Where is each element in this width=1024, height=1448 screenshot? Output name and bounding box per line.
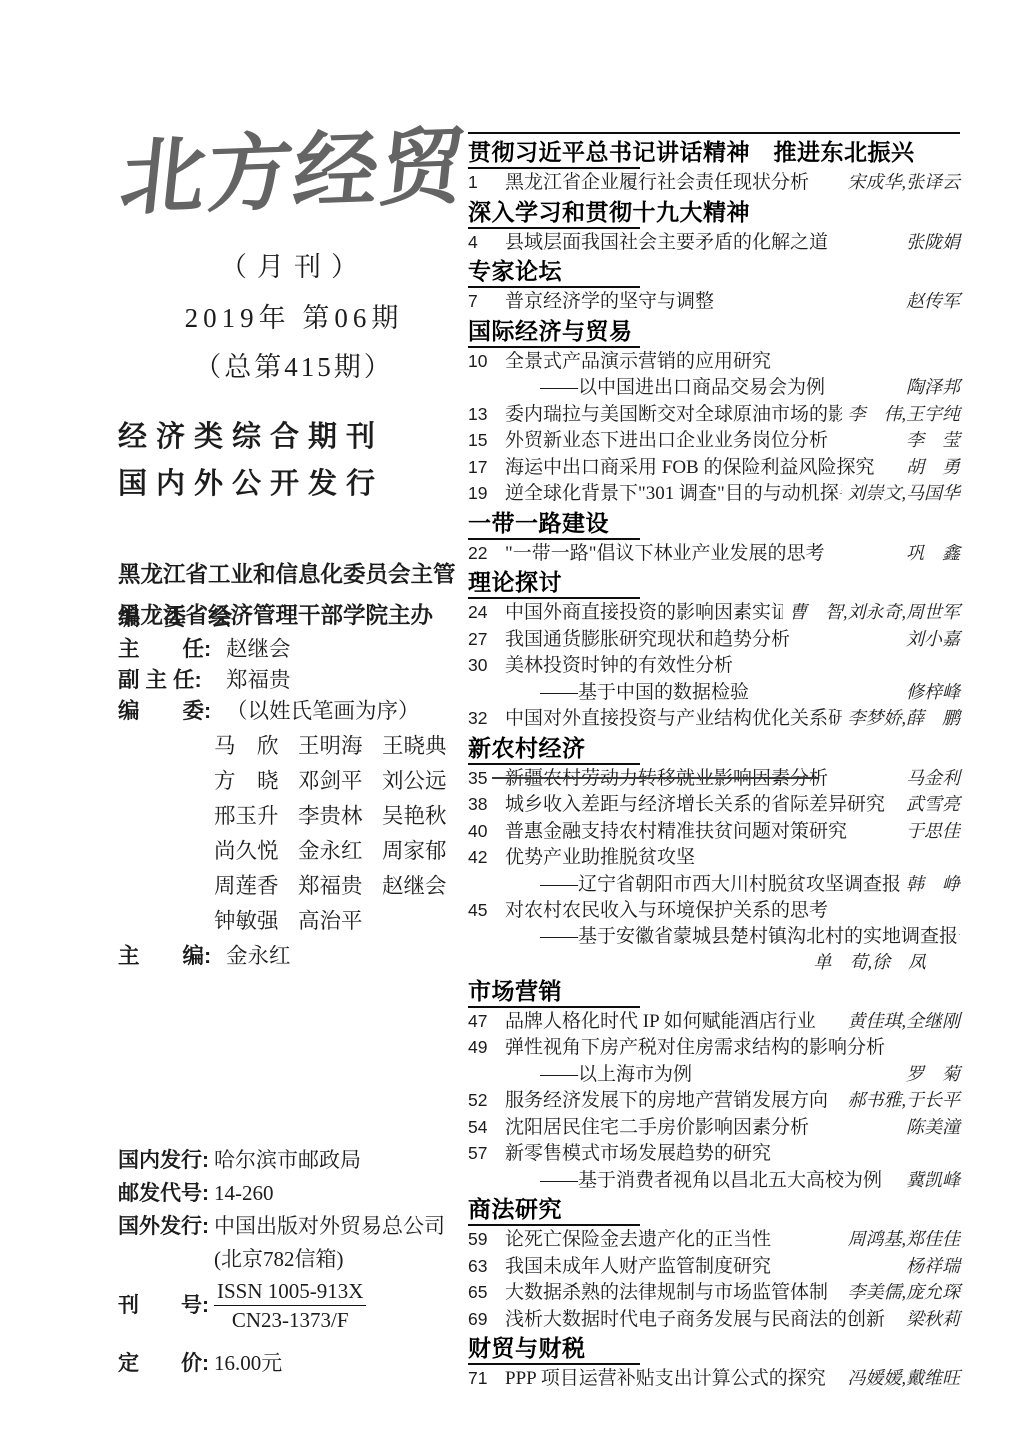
toc-item: 4县域层面我国社会主要矛盾的化解之道张陇娟	[468, 230, 960, 256]
toc-item-title: 我国通货膨胀研究现状和趋势分析	[505, 628, 900, 653]
toc-item-title: 委内瑞拉与美国断交对全球原油市场的影响	[505, 403, 842, 428]
editorial-member-name: 高治平	[298, 904, 372, 939]
toc-item-page-number: 40	[468, 819, 505, 844]
toc-item-title: 品牌人格化时代 IP 如何赋能酒店行业	[505, 1010, 842, 1035]
toc-item-title: 服务经济发展下的房地产营销发展方向	[505, 1089, 842, 1114]
toc-item-title: 外贸新业态下进出口企业业务岗位分析	[505, 429, 900, 454]
toc-item-title: 黑龙江省企业履行社会责任现状分析	[505, 171, 842, 196]
toc-item-authors: 单 荀,徐 凤	[468, 950, 960, 975]
toc-section-header: 贯彻习近平总书记讲话精神 推进东北振兴	[468, 139, 960, 169]
editorial-member-name: 周家郁	[382, 834, 456, 869]
toc-item-authors: 宋成华,张译云	[848, 170, 961, 195]
toc-item: 30美林投资时钟的有效性分析	[468, 653, 960, 679]
toc-item: 15外贸新业态下进出口企业业务岗位分析李 莹	[468, 428, 960, 454]
toc-item-page-number: 15	[468, 428, 505, 453]
toc-item-page-number: 4	[468, 230, 505, 255]
toc-section-header: 深入学习和贯彻十九大精神	[468, 199, 960, 229]
price-value: 16.00元	[214, 1347, 282, 1380]
toc-item-subtitle-row: ——基于中国的数据检验修梓峰	[468, 680, 960, 706]
cn-number: CN23-1373/F	[214, 1306, 366, 1333]
editorial-row-value: 赵继会	[226, 634, 291, 665]
toc-section-header: 一带一路建设	[468, 510, 960, 540]
toc-item-title: 沈阳居民住宅二手房价影响因素分析	[505, 1116, 900, 1141]
toc-item-authors: 陈美潼	[906, 1115, 960, 1140]
toc-item-page-number: 69	[468, 1307, 505, 1332]
toc-item-page-number: 10	[468, 349, 505, 374]
toc-item-authors: 赵传军	[906, 289, 960, 314]
toc-item-authors: 李 莹	[906, 428, 960, 453]
editorial-member-name: 李贵林	[298, 799, 372, 834]
editorial-row-label: 主 任:	[118, 634, 226, 665]
toc-item: 22"一带一路"倡议下林业产业发展的思考巩 鑫	[468, 541, 960, 567]
toc-item-authors: 刘小嘉	[906, 627, 960, 652]
publishing-row-value: 中国出版对外贸易总公司	[214, 1210, 445, 1243]
toc-item-subtitle: ——辽宁省朝阳市西大川村脱贫攻坚调查报告	[540, 873, 900, 898]
toc-item: 24中国外商直接投资的影响因素实证研究曹 智,刘永奇,周世军	[468, 600, 960, 626]
toc-item-page-number: 7	[468, 289, 505, 314]
editorial-member-name: 刘公远	[382, 764, 456, 799]
toc-item: 27我国通货膨胀研究现状和趋势分析刘小嘉	[468, 627, 960, 653]
toc-item: 52服务经济发展下的房地产营销发展方向郝书雅,于长平	[468, 1088, 960, 1114]
supervisor-line: 黑龙江省工业和信息化委员会主管	[118, 554, 470, 595]
issn-cn-fraction: ISSN 1005-913X CN23-1373/F	[214, 1278, 366, 1333]
publishing-row-label: 国内发行:	[118, 1144, 214, 1177]
toc-item-page-number: 71	[468, 1366, 505, 1391]
toc-section-header: 专家论坛	[468, 258, 960, 288]
toc-item-page-number: 27	[468, 627, 505, 652]
toc-item-authors: 李 伟,王宇纯	[848, 402, 961, 427]
publishing-row-value: (北京782信箱)	[214, 1243, 344, 1276]
toc-item-title: 中国外商直接投资的影响因素实证研究	[505, 601, 783, 626]
toc-item-authors: 黄佳琪,全继刚	[848, 1009, 961, 1034]
editorial-row-value: （以姓氏笔画为序）	[226, 696, 420, 727]
toc-item-page-number: 65	[468, 1280, 505, 1305]
toc-item-subtitle: ——基于中国的数据检验	[540, 681, 900, 706]
toc-item-authors: 刘崇文,马国华	[848, 481, 961, 506]
toc-item-page-number: 35	[468, 766, 505, 791]
editorial-member-name: 邢玉升	[214, 799, 288, 834]
toc-item: 38城乡收入差距与经济增长关系的省际差异研究武雪亮	[468, 792, 960, 818]
editorial-member-name: 赵继会	[382, 869, 456, 904]
toc-item-page-number: 59	[468, 1227, 505, 1252]
toc-item-subtitle-row: ——基于安徽省蒙城县楚村镇沟北村的实地调查报告	[468, 925, 960, 950]
tagline-category: 经济类综合期刊	[118, 414, 470, 461]
toc-item: 40普惠金融支持农村精准扶贫问题对策研究于思佳	[468, 819, 960, 845]
toc-item-authors: 梁秋莉	[906, 1307, 960, 1332]
toc-item-title: 普京经济学的坚守与调整	[505, 290, 900, 315]
toc-item-page-number: 30	[468, 653, 505, 678]
toc-section-header: 财贸与财税	[468, 1335, 960, 1365]
editorial-member-name: 金永红	[298, 834, 372, 869]
editorial-member-name: 王晓典	[382, 729, 456, 764]
chief-editor-name: 金永红	[226, 941, 291, 972]
toc-item-authors: 罗 菊	[906, 1062, 960, 1087]
toc-item: 59论死亡保险金去遗产化的正当性周鸿基,郑佳佳	[468, 1227, 960, 1253]
issn-number: ISSN 1005-913X	[214, 1278, 366, 1306]
editorial-row: 副 主 任:郑福贵	[118, 665, 470, 696]
toc-item-title: 中国对外直接投资与产业结构优化关系研究	[505, 707, 842, 732]
toc-item-title: PPP 项目运营补贴支出计算公式的探究	[505, 1367, 842, 1392]
toc-item-authors: 陶泽邦	[906, 375, 960, 400]
tagline-distribution: 国内外公开发行	[118, 461, 470, 508]
toc-item-page-number: 45	[468, 898, 505, 923]
toc-item: 47品牌人格化时代 IP 如何赋能酒店行业黄佳琪,全继刚	[468, 1009, 960, 1035]
toc-item: 45对农村农民收入与环境保护关系的思考	[468, 898, 960, 924]
toc-item-authors: 武雪亮	[906, 792, 960, 817]
toc-item-authors: 于思佳	[906, 819, 960, 844]
toc-item-page-number: 57	[468, 1141, 505, 1166]
toc-item-subtitle-row: ——基于消费者视角以昌北五大高校为例冀凯峰	[468, 1168, 960, 1194]
table-of-contents: 贯彻习近平总书记讲话精神 推进东北振兴1黑龙江省企业履行社会责任现状分析宋成华,…	[468, 132, 960, 1393]
toc-item-title: 我国未成年人财产监管制度研究	[505, 1255, 900, 1280]
toc-item-authors: 冯媛媛,戴维旺	[848, 1366, 961, 1391]
toc-item-authors: 李梦娇,薛 鹏	[848, 706, 961, 731]
toc-item-subtitle: ——以上海市为例	[540, 1063, 900, 1088]
toc-item-title: "一带一路"倡议下林业产业发展的思考	[505, 542, 900, 567]
masthead: 北方经贸 （月刊） 2019年 第06期 （总第415期） 经济类综合期刊 国内…	[118, 124, 470, 636]
toc-section-header: 市场营销	[468, 978, 960, 1008]
toc-item-title: 海运中出口商采用 FOB 的保险利益风险探究	[505, 456, 900, 481]
editorial-member-name: 周莲香	[214, 869, 288, 904]
toc-item-title: 新疆农村劳动力转移就业影响因素分析	[505, 767, 900, 792]
editorial-member-name: 尚久悦	[214, 834, 288, 869]
toc-item-page-number: 22	[468, 541, 505, 566]
toc-item-title: 对农村农民收入与环境保护关系的思考	[505, 899, 960, 924]
toc-item-authors: 郝书雅,于长平	[848, 1088, 961, 1113]
toc-item: 10全景式产品演示营销的应用研究	[468, 349, 960, 375]
toc-item: 7普京经济学的坚守与调整赵传军	[468, 289, 960, 315]
toc-item-subtitle-row: ——以中国进出口商品交易会为例陶泽邦	[468, 375, 960, 401]
price-label: 定 价:	[118, 1347, 214, 1380]
toc-item-title: 城乡收入差距与经济增长关系的省际差异研究	[505, 793, 900, 818]
toc-item-title: 弹性视角下房产税对住房需求结构的影响分析	[505, 1036, 960, 1061]
toc-item-subtitle: ——基于消费者视角以昌北五大高校为例	[540, 1169, 900, 1194]
publishing-row-value: 14-260	[214, 1177, 274, 1210]
toc-item-page-number: 47	[468, 1009, 505, 1034]
toc-item-authors: 巩 鑫	[906, 541, 960, 566]
toc-section-header: 国际经济与贸易	[468, 318, 960, 348]
toc-item-page-number: 63	[468, 1254, 505, 1279]
toc-item: 35新疆农村劳动力转移就业影响因素分析马金利	[468, 766, 960, 792]
total-issue-number: （总第415期）	[118, 345, 470, 384]
toc-item-title: 全景式产品演示营销的应用研究	[505, 350, 960, 375]
left-column: 北方经贸 （月刊） 2019年 第06期 （总第415期） 经济类综合期刊 国内…	[118, 0, 470, 1448]
chief-editor-row: 主 编: 金永红	[118, 941, 470, 972]
publishing-row-label: 国外发行:	[118, 1210, 214, 1243]
publishing-rows: 国内发行:哈尔滨市邮政局邮发代号:14-260国外发行:中国出版对外贸易总公司(…	[118, 1144, 470, 1276]
toc-item-page-number: 19	[468, 481, 505, 506]
toc-item-page-number: 38	[468, 792, 505, 817]
toc-item-authors: 周鸿基,郑佳佳	[848, 1227, 961, 1252]
toc-item-page-number: 24	[468, 600, 505, 625]
toc-item-subtitle-row: ——辽宁省朝阳市西大川村脱贫攻坚调查报告韩 峥	[468, 872, 960, 898]
issue-number: 2019年 第06期	[118, 296, 470, 335]
toc-item-subtitle: ——基于安徽省蒙城县楚村镇沟北村的实地调查报告	[540, 925, 960, 950]
issn-row: 刊 号: ISSN 1005-913X CN23-1373/F	[118, 1278, 470, 1333]
price-row: 定 价: 16.00元	[118, 1347, 470, 1380]
editorial-row-label: 副 主 任:	[118, 665, 226, 696]
toc-item: 42优势产业助推脱贫攻坚	[468, 845, 960, 871]
toc-item-title: 优势产业助推脱贫攻坚	[505, 846, 960, 871]
editorial-rows: 主 任:赵继会副 主 任:郑福贵编 委:（以姓氏笔画为序）	[118, 634, 470, 727]
toc-item-authors: 张陇娟	[906, 230, 960, 255]
editorial-row: 编 委:（以姓氏笔画为序）	[118, 696, 470, 727]
editorial-row-label: 编 委:	[118, 696, 226, 727]
toc-item-title: 浅析大数据时代电子商务发展与民商法的创新	[505, 1308, 900, 1333]
toc-item-page-number: 49	[468, 1035, 505, 1060]
journal-logo: 北方经贸	[112, 118, 476, 227]
publishing-row-value: 哈尔滨市邮政局	[214, 1144, 361, 1177]
editorial-member-name: 钟敏强	[214, 904, 288, 939]
taglines: 经济类综合期刊 国内外公开发行	[118, 414, 470, 508]
toc-item-authors: 韩 峥	[906, 872, 960, 897]
editorial-board-title: 编 委 会	[118, 602, 470, 634]
toc-item-title: 美林投资时钟的有效性分析	[505, 654, 960, 679]
toc-item: 71PPP 项目运营补贴支出计算公式的探究冯媛媛,戴维旺	[468, 1366, 960, 1392]
publishing-row: 邮发代号:14-260	[118, 1177, 470, 1210]
editorial-member-name: 邓剑平	[298, 764, 372, 799]
toc-section-header: 商法研究	[468, 1196, 960, 1226]
toc-item-authors: 李美儒,庞允琛	[848, 1280, 961, 1305]
toc-item-authors: 胡 勇	[906, 455, 960, 480]
toc-item: 13委内瑞拉与美国断交对全球原油市场的影响李 伟,王宇纯	[468, 402, 960, 428]
toc-item-title: 新零售模式市场发展趋势的研究	[505, 1142, 960, 1167]
toc-item: 1黑龙江省企业履行社会责任现状分析宋成华,张译云	[468, 170, 960, 196]
toc-item-subtitle-row: ——以上海市为例罗 菊	[468, 1062, 960, 1088]
toc-item: 65大数据杀熟的法律规制与市场监管体制李美儒,庞允琛	[468, 1280, 960, 1306]
toc-item-page-number: 32	[468, 706, 505, 731]
editorial-member-name: 方 晓	[214, 764, 288, 799]
editorial-board: 编 委 会 主 任:赵继会副 主 任:郑福贵编 委:（以姓氏笔画为序） 马 欣王…	[118, 602, 470, 972]
toc-item: 57新零售模式市场发展趋势的研究	[468, 1141, 960, 1167]
toc-item-authors: 修梓峰	[906, 680, 960, 705]
publishing-row: 国外发行:中国出版对外贸易总公司	[118, 1210, 470, 1243]
editorial-member-name: 吴艳秋	[382, 799, 456, 834]
chief-editor-label: 主 编:	[118, 941, 226, 972]
editorial-member-name	[382, 904, 456, 939]
toc-item-authors: 冀凯峰	[906, 1168, 960, 1193]
toc-item-title: 普惠金融支持农村精准扶贫问题对策研究	[505, 820, 900, 845]
toc-item-page-number: 1	[468, 170, 505, 195]
toc-item-page-number: 54	[468, 1115, 505, 1140]
editorial-row-value: 郑福贵	[226, 665, 291, 696]
toc-item: 17海运中出口商采用 FOB 的保险利益风险探究胡 勇	[468, 455, 960, 481]
editorial-member-name: 马 欣	[214, 729, 288, 764]
toc-item: 69浅析大数据时代电子商务发展与民商法的创新梁秋莉	[468, 1307, 960, 1333]
toc-item: 32中国对外直接投资与产业结构优化关系研究李梦娇,薛 鹏	[468, 706, 960, 732]
publishing-row: (北京782信箱)	[118, 1243, 470, 1276]
toc-item-authors: 曹 智,刘永奇,周世军	[789, 600, 960, 625]
editorial-member-name: 郑福贵	[298, 869, 372, 904]
toc-item-page-number: 52	[468, 1088, 505, 1113]
publishing-row-label: 邮发代号:	[118, 1177, 214, 1210]
toc-section-header: 新农村经济	[468, 735, 960, 765]
toc-item-title: 大数据杀熟的法律规制与市场监管体制	[505, 1281, 842, 1306]
toc-item: 19逆全球化背景下"301 调查"目的与动机探寻刘崇文,马国华	[468, 481, 960, 507]
toc-item: 63我国未成年人财产监管制度研究杨祥瑞	[468, 1254, 960, 1280]
toc-item-title: 论死亡保险金去遗产化的正当性	[505, 1228, 842, 1253]
toc-item-title: 逆全球化背景下"301 调查"目的与动机探寻	[505, 482, 842, 507]
toc-item-authors: 马金利	[906, 766, 960, 791]
toc-item-authors: 杨祥瑞	[906, 1254, 960, 1279]
toc-item-subtitle: ——以中国进出口商品交易会为例	[540, 376, 900, 401]
journal-frequency: （月刊）	[118, 245, 470, 284]
toc-section-header: 理论探讨	[468, 569, 960, 599]
publishing-info: 国内发行:哈尔滨市邮政局邮发代号:14-260国外发行:中国出版对外贸易总公司(…	[118, 1144, 470, 1380]
toc-item: 54沈阳居民住宅二手房价影响因素分析陈美潼	[468, 1115, 960, 1141]
toc-item-title: 县域层面我国社会主要矛盾的化解之道	[505, 231, 900, 256]
toc-item-page-number: 42	[468, 845, 505, 870]
toc-item-page-number: 13	[468, 402, 505, 427]
toc-item-page-number: 17	[468, 455, 505, 480]
editorial-members: 马 欣王明海王晓典方 晓邓剑平刘公远邢玉升李贵林吴艳秋尚久悦金永红周家郁周莲香郑…	[214, 729, 470, 939]
editorial-member-name: 王明海	[298, 729, 372, 764]
toc-item: 49弹性视角下房产税对住房需求结构的影响分析	[468, 1035, 960, 1061]
issn-label: 刊 号:	[118, 1289, 214, 1322]
publishing-row: 国内发行:哈尔滨市邮政局	[118, 1144, 470, 1177]
editorial-row: 主 任:赵继会	[118, 634, 470, 665]
